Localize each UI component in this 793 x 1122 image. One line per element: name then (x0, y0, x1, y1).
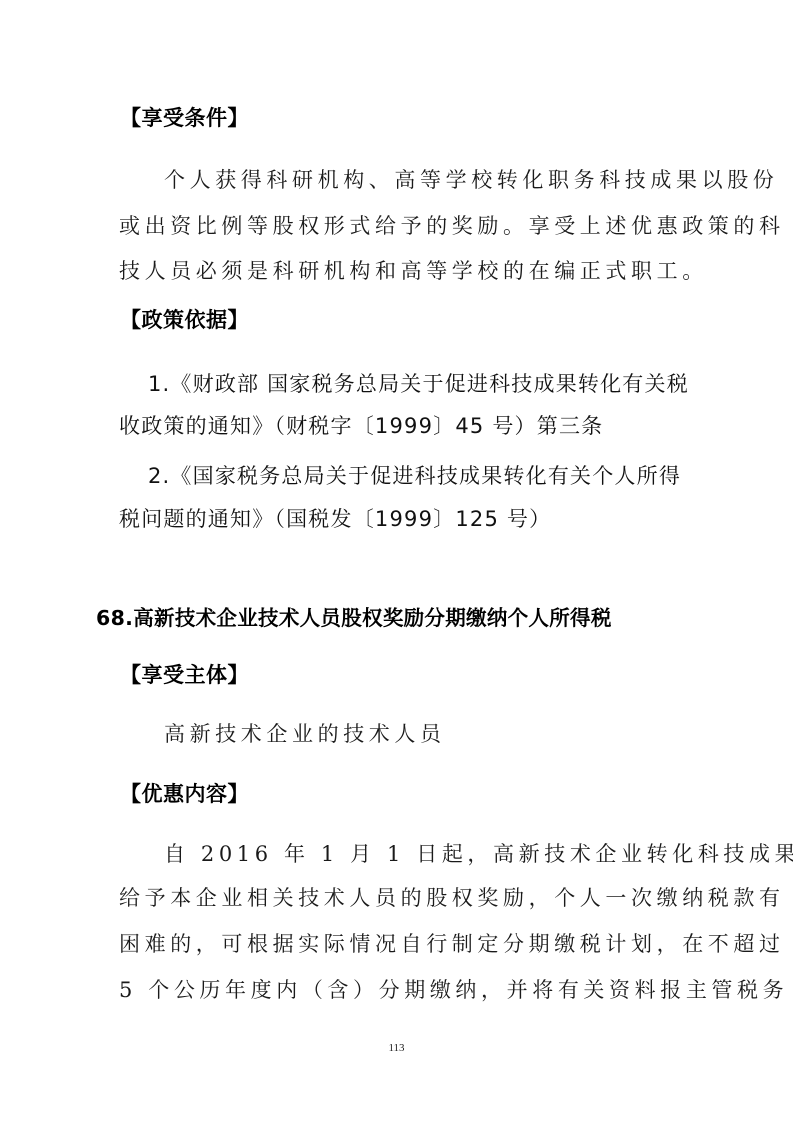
conditions-paragraph-line-2: 或出资比例等股权形式给予的奖励。享受上述优惠政策的科 (119, 212, 785, 240)
basis-heading: 【政策依据】 (120, 306, 249, 334)
content-line-4: 5 个公历年度内（含）分期缴纳，并将有关资料报主管税务 (119, 976, 788, 1004)
document-page: 【享受条件】 个人获得科研机构、高等学校转化职务科技成果以股份 或出资比例等股权… (0, 0, 793, 1122)
conditions-paragraph-line-3: 技人员必须是科研机构和高等学校的在编正式职工。 (119, 257, 708, 285)
content-line-3: 困难的，可根据实际情况自行制定分期缴税计划，在不超过 (119, 930, 785, 958)
content-line-1: 自 2016 年 1 月 1 日起，高新技术企业转化科技成果， (164, 840, 793, 868)
basis-item-2-line-1: 2.《国家税务总局关于促进科技成果转化有关个人所得 (148, 462, 681, 490)
conditions-heading: 【享受条件】 (120, 104, 249, 132)
basis-item-2-line-2: 税问题的通知》（国税发〔1999〕125 号） (119, 505, 551, 533)
subject-text: 高新技术企业的技术人员 (164, 720, 446, 748)
conditions-paragraph-line-1: 个人获得科研机构、高等学校转化职务科技成果以股份 (164, 166, 778, 194)
content-line-2: 给予本企业相关技术人员的股权奖励，个人一次缴纳税款有 (119, 884, 785, 912)
section-title-68: 68.高新技术企业技术人员股权奖励分期缴纳个人所得税 (96, 604, 612, 632)
subject-heading: 【享受主体】 (120, 661, 249, 689)
page-number: 113 (0, 1042, 793, 1054)
content-heading: 【优惠内容】 (120, 780, 249, 808)
basis-item-1-line-2: 收政策的通知》（财税字〔1999〕45 号）第三条 (119, 412, 603, 440)
basis-item-1-line-1: 1.《财政部 国家税务总局关于促进科技成果转化有关税 (148, 370, 689, 398)
